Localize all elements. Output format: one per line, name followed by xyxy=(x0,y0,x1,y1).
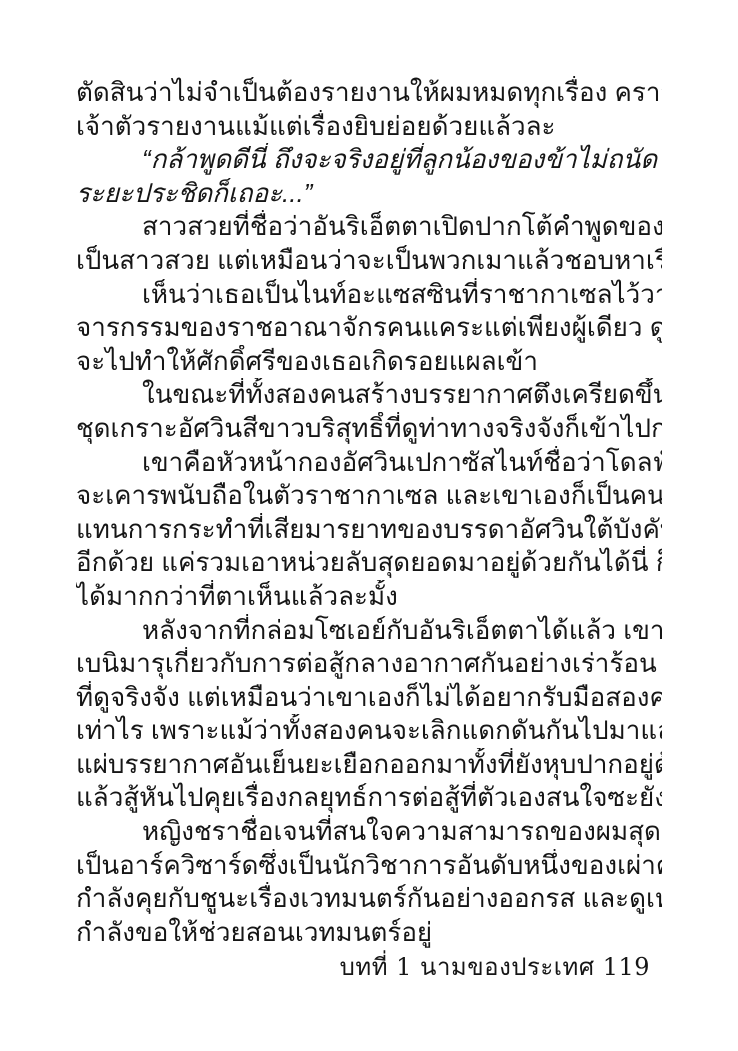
text-line: เห็นว่าเธอเป็นไนท์อะแซสซินที่ราชากาเซลไว… xyxy=(76,278,662,312)
text-line: อีกด้วย แค่รวมเอาหน่วยลับสุดยอดมาอยู่ด้ว… xyxy=(76,546,662,580)
text-line: แล้วสู้หันไปคุยเรื่องกลยุทธ์การต่อสู้ที่… xyxy=(76,781,662,815)
footer-chapter-and-page: บทที่ 1 นามของประเทศ 119 xyxy=(340,953,650,981)
text-line: เบนิมารุเกี่ยวกับการต่อสู้กลางอากาศกันอย… xyxy=(76,647,662,681)
text-line: เจ้าตัวรายงานแม้แต่เรื่องยิบย่อยด้วยแล้ว… xyxy=(76,110,662,144)
text-line: เป็นอาร์ควิซาร์ดซึ่งเป็นนักวิชาการอันดับ… xyxy=(76,849,662,883)
text-line: ที่ดูจริงจัง แต่เหมือนว่าเขาเองก็ไม่ได้อ… xyxy=(76,681,662,715)
text-line: กำลังคุยกับชูนะเรื่องเวทมนตร์กันอย่างออก… xyxy=(76,882,662,916)
text-line: เท่าไร เพราะแม้ว่าทั้งสองคนจะเลิกแดกดันก… xyxy=(76,714,662,748)
page-footer: บทที่ 1 นามของประเทศ 119 xyxy=(76,952,650,982)
text-line: ในขณะที่ทั้งสองคนสร้างบรรยากาศตึงเครียดข… xyxy=(76,378,662,412)
text-line: “กล้าพูดดีนี่ ถึงจะจริงอยู่ที่ลูกน้องของ… xyxy=(76,143,662,177)
text-line: แทนการกระทำที่เสียมารยาทของบรรดาอัศวินใต… xyxy=(76,513,662,547)
text-line: สาวสวยที่ชื่อว่าอันริเอ็ตตาเปิดปากโต้คำพ… xyxy=(76,210,662,244)
text-line: จะเคารพนับถือในตัวราชากาเซล และเขาเองก็เ… xyxy=(76,479,662,513)
text-line: ระยะประชิดก็เถอะ...” xyxy=(76,177,662,211)
text-line: ตัดสินว่าไม่จำเป็นต้องรายงานให้ผมหมดทุกเ… xyxy=(76,76,662,110)
text-line: เขาคือหัวหน้ากองอัศวินเปกาซัสไนท์ชื่อว่า… xyxy=(76,446,662,480)
text-line: หญิงชราชื่อเจนที่สนใจความสามารถของผมสุดๆ… xyxy=(76,815,662,849)
text-line: กำลังขอให้ช่วยสอนเวทมนตร์อยู่ xyxy=(76,916,662,950)
text-line: ได้มากกว่าที่ตาเห็นแล้วละมั้ง xyxy=(76,580,662,614)
text-line: เป็นสาวสวย แต่เหมือนว่าจะเป็นพวกเมาแล้วช… xyxy=(76,244,662,278)
book-page: ตัดสินว่าไม่จำเป็นต้องรายงานให้ผมหมดทุกเ… xyxy=(0,0,738,1051)
text-line: จะไปทำให้ศักดิ์ศรีของเธอเกิดรอยแผลเข้า xyxy=(76,345,662,379)
text-line: แผ่บรรยากาศอันเย็นยะเยือกออกมาทั้งที่ยัง… xyxy=(76,748,662,782)
text-line: หลังจากที่กล่อมโซเอย์กับอันริเอ็ตตาได้แล… xyxy=(76,614,662,648)
text-line: จารกรรมของราชอาณาจักรคนแคระแต่เพียงผู้เด… xyxy=(76,311,662,345)
text-line: ชุดเกราะอัศวินสีขาวบริสุทธิ์ที่ดูท่าทางจ… xyxy=(76,412,662,446)
page-text: ตัดสินว่าไม่จำเป็นต้องรายงานให้ผมหมดทุกเ… xyxy=(76,76,662,949)
